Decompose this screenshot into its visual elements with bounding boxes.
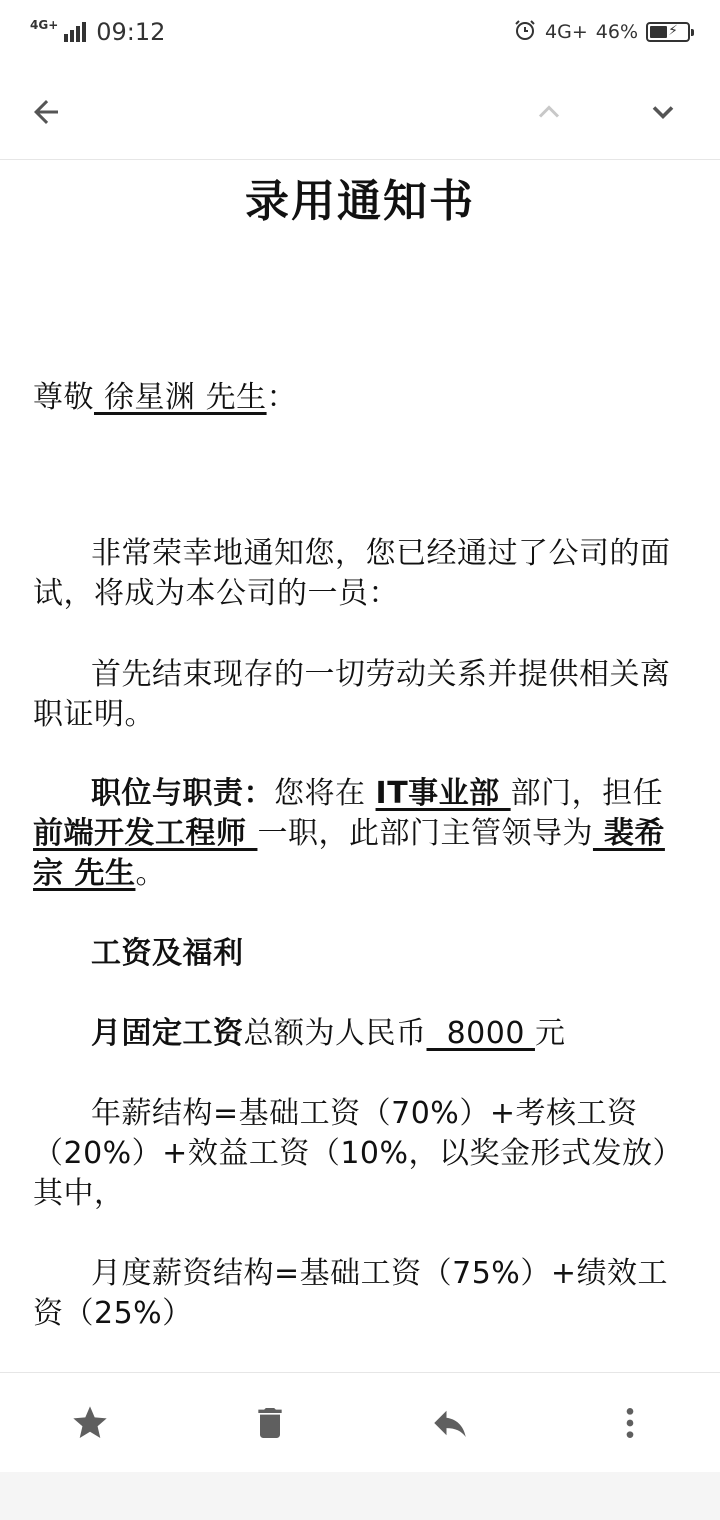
bottom-action-bar bbox=[0, 1372, 720, 1472]
monthly-salary-text: 总额为人民币 bbox=[244, 1016, 427, 1051]
alarm-clock-icon bbox=[513, 18, 537, 46]
job-title-value: 前端开发工程师 bbox=[33, 816, 257, 851]
status-right: 4G+ 46% ⚡ bbox=[513, 18, 690, 46]
signal-type: 4G+ bbox=[30, 19, 58, 31]
clock: 09:12 bbox=[96, 18, 165, 46]
more-vertical-icon bbox=[610, 1403, 650, 1443]
paragraph-monthly-structure: 月度薪资结构=基础工资（75%）+绩效工资（25%） bbox=[33, 1254, 685, 1334]
previous-message-button[interactable] bbox=[521, 84, 577, 140]
email-body[interactable]: 录用通知书 尊敬 徐星渊 先生： 非常荣幸地通知您，您已经通过了公司的面试，将成… bbox=[0, 160, 720, 1372]
recipient-name: 徐星渊 先生 bbox=[94, 380, 267, 415]
paragraph-position: 职位与职责：您将在 IT事业部 部门，担任前端开发工程师 一职，此部门主管领导为… bbox=[33, 774, 675, 894]
position-text: 。 bbox=[135, 856, 166, 891]
greeting-colon: ： bbox=[267, 380, 298, 415]
delete-button[interactable] bbox=[242, 1395, 298, 1451]
charging-icon: ⚡ bbox=[668, 23, 678, 39]
position-label: 职位与职责： bbox=[91, 776, 274, 811]
paragraph-notice: 非常荣幸地通知您，您已经通过了公司的面试，将成为本公司的一员： bbox=[33, 534, 675, 614]
paragraph-resignation: 首先结束现存的一切劳动关系并提供相关离职证明。 bbox=[33, 655, 675, 735]
next-message-button[interactable] bbox=[635, 84, 691, 140]
salary-heading: 工资及福利 bbox=[33, 934, 675, 974]
paragraph-monthly-salary: 月固定工资总额为人民币 8000 元 bbox=[33, 1014, 675, 1054]
paragraph-annual-structure: 年薪结构=基础工资（70%）+考核工资（20%）+效益工资（10%，以奖金形式发… bbox=[33, 1094, 685, 1214]
battery-percent: 46% bbox=[596, 21, 638, 43]
status-bar: 4G+ 09:12 4G+ 46% ⚡ bbox=[0, 0, 720, 64]
star-button[interactable] bbox=[62, 1395, 118, 1451]
position-text: 您将在 bbox=[274, 776, 376, 811]
document-title: 录用通知书 bbox=[33, 172, 687, 232]
reply-button[interactable] bbox=[422, 1395, 478, 1451]
greeting-prefix: 尊敬 bbox=[33, 380, 94, 415]
currency-unit: 元 bbox=[535, 1016, 566, 1051]
trash-icon bbox=[250, 1403, 290, 1443]
arrow-left-icon bbox=[28, 94, 64, 130]
reply-icon bbox=[429, 1402, 471, 1444]
position-text: 部门，担任 bbox=[511, 776, 664, 811]
salary-amount: 8000 bbox=[427, 1016, 535, 1051]
monthly-salary-label: 月固定工资 bbox=[91, 1016, 244, 1051]
chevron-up-icon bbox=[531, 94, 567, 130]
chevron-down-icon bbox=[645, 94, 681, 130]
back-button[interactable] bbox=[18, 84, 74, 140]
app-bar bbox=[0, 64, 720, 160]
position-text: 一职，此部门主管领导为 bbox=[257, 816, 593, 851]
battery-icon: ⚡ bbox=[646, 22, 690, 42]
signal-strength-icon bbox=[64, 22, 86, 42]
status-left: 4G+ 09:12 bbox=[30, 18, 165, 46]
network-type: 4G+ bbox=[545, 21, 588, 43]
greeting: 尊敬 徐星渊 先生： bbox=[33, 378, 297, 418]
department-value: IT事业部 bbox=[376, 776, 511, 811]
star-icon bbox=[70, 1403, 110, 1443]
system-navigation-area bbox=[0, 1472, 720, 1520]
more-options-button[interactable] bbox=[602, 1395, 658, 1451]
